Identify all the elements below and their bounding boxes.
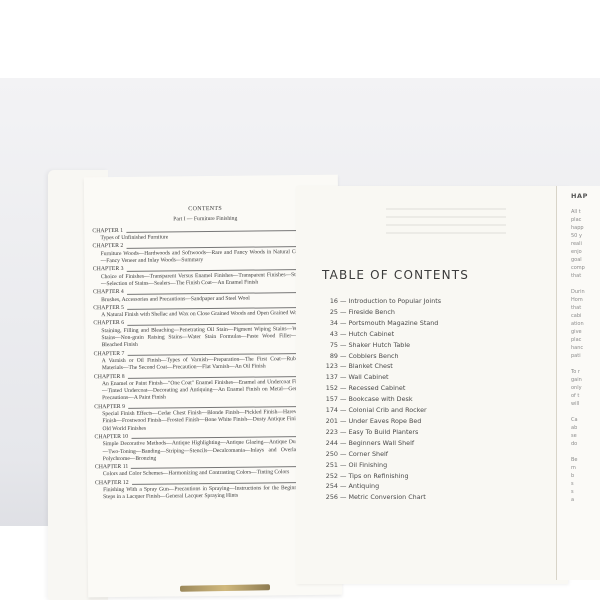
toc-title-text: — Under Eaves Rope Bed [338,417,421,425]
paragraph-gap [571,280,600,288]
right-page: TABLE OF CONTENTS 16 — Introduction to P… [296,186,568,584]
toc-page-number: 250 [316,449,338,460]
chapter-description: Furniture Woods—Hardwoods and Softwoods—… [93,249,319,266]
far-right-line: cabi [571,312,600,320]
far-right-line: 50 y [571,232,600,240]
toc-item: 250 — Corner Shelf [316,449,556,460]
toc-title-text: — Recessed Cabinet [338,384,405,392]
chapter-description: Choice of Finishes—Transparent Versus En… [93,272,319,289]
paragraph-gap [571,408,600,416]
toc-item: 137 — Wall Cabinet [316,372,556,383]
toc-item: 201 — Under Eaves Rope Bed [316,416,556,427]
far-right-line: of t [571,392,600,400]
toc-item: 25 — Fireside Bench [316,307,556,318]
toc-item: 157 — Bookcase with Desk [316,394,556,405]
toc-title-text: — Introduction to Popular Joints [338,297,441,305]
photo-background: CONTENTS Part I — Furniture Finishing Pa… [0,78,600,526]
toc-title-text: — Cobblers Bench [338,352,399,360]
toc-page-number: 157 [316,394,338,405]
far-right-line: do [571,440,600,448]
far-right-line: All t [571,208,600,216]
toc-page-number: 223 [316,427,338,438]
far-right-line: that [571,304,600,312]
chapter-description: Finishing With a Spray Gun—Precautions i… [95,485,321,502]
chapter-entry: CHAPTER 317Choice of Finishes—Transparen… [93,264,319,288]
far-right-line: that [571,272,600,280]
toc-title-text: — Wall Cabinet [338,373,389,381]
far-right-line: Hom [571,296,600,304]
part-heading: Part I — Furniture Finishing [92,215,318,225]
chapter-entry: CHAPTER 742A Varnish or Oil Finish—Types… [94,349,320,373]
chapter-description: Special Finish Effects—Cedar Chest Finis… [94,409,320,433]
far-right-line: ab [571,424,600,432]
toc-item: 244 — Beginners Wall Shelf [316,438,556,449]
chapter-entry: CHAPTER 426Brushes, Accessories and Prec… [93,287,319,304]
far-right-line: a [571,496,600,504]
far-right-line: Ca [571,416,600,424]
chapter-list: CHAPTER 14Types of Unfinished FurnitureC… [92,226,321,502]
chapter-label: CHAPTER 8 [94,373,125,381]
toc-item: 43 — Hutch Cabinet [316,329,556,340]
far-right-line: ation [571,320,600,328]
toc-item: 89 — Cobblers Bench [316,351,556,362]
chapter-entry: CHAPTER 1065Simple Decorative Methods—An… [94,432,320,464]
toc-title-text: — Antiquing [338,482,379,490]
toc-title-text: — Fireside Bench [338,308,395,316]
toc-item: 223 — Easy To Build Planters [316,427,556,438]
toc-page-number: 137 [316,372,338,383]
far-right-text: HAP All tplachapp50 yrealienjogoalcompth… [571,192,600,504]
chapter-label: CHAPTER 4 [93,289,124,297]
far-right-line: s [571,488,600,496]
toc-title-text: — Colonial Crib and Rocker [338,406,427,414]
paragraph-gap [571,448,600,456]
far-right-line: se [571,432,600,440]
toc-title-text: — Shaker Hutch Table [338,341,410,349]
toc-title-text: — Hutch Cabinet [338,330,394,338]
toc-title-text: — Oil Finishing [338,461,387,469]
toc-item: 16 — Introduction to Popular Joints [316,296,556,307]
far-right-line: Be [571,456,600,464]
toc-title-text: — Corner Shelf [338,450,388,458]
chapter-description: Simple Decorative Methods—Antique Highli… [95,439,321,463]
far-right-line: gain [571,376,600,384]
toc-item: 251 — Oil Finishing [316,460,556,471]
far-right-body: All tplachapp50 yrealienjogoalcompthatDu… [571,208,600,504]
chapter-entry: CHAPTER 957Special Finish Effects—Cedar … [94,402,320,434]
toc-item: 174 — Colonial Crib and Rocker [316,405,556,416]
toc-page-number: 75 [316,340,338,351]
toc-title-text: — Portsmouth Magazine Stand [338,319,438,327]
toc-item: 256 — Metric Conversion Chart [316,492,556,503]
toc-page-number: 201 [316,416,338,427]
contents-list: CONTENTS Part I — Furniture Finishing Pa… [92,205,321,502]
far-right-line: only [571,384,600,392]
contents-title: CONTENTS [92,205,318,215]
far-right-line: plac [571,336,600,344]
chapter-entry: CHAPTER 529A Natural Finish with Shellac… [93,303,319,320]
toc-item: 152 — Recessed Cabinet [316,383,556,394]
chapter-description: Staining, Filling and Bleaching—Penetrat… [93,326,319,350]
toc-page-number: 25 [316,307,338,318]
toc-item: 254 — Antiquing [316,481,556,492]
far-right-line: hanc [571,344,600,352]
chapter-entry: CHAPTER 14Types of Unfinished Furniture [92,226,318,243]
chapter-description: An Enamel or Paint Finish—"One Coat" Ena… [94,379,320,403]
toc-page-number: 89 [316,351,338,362]
chapter-label: CHAPTER 2 [93,243,124,251]
far-right-line: happ [571,224,600,232]
chapter-entry: CHAPTER 634Staining, Filling and Bleachi… [93,318,319,350]
far-right-line: reali [571,240,600,248]
toc-item: 252 — Tips on Refinishing [316,471,556,482]
toc-page-number: 34 [316,318,338,329]
toc-title-text: — Tips on Refinishing [338,472,409,480]
far-right-line: plac [571,216,600,224]
toc-page-number: 152 [316,383,338,394]
paragraph-gap [571,360,600,368]
chapter-entry: CHAPTER 851An Enamel or Paint Finish—"On… [94,371,320,403]
table-of-contents: TABLE OF CONTENTS 16 — Introduction to P… [316,268,556,503]
toc-list: 16 — Introduction to Popular Joints25 — … [316,296,556,503]
toc-page-number: 251 [316,460,338,471]
far-right-line: Durin [571,288,600,296]
chapter-entry: CHAPTER 1177Colors and Color Schemes—Har… [95,462,321,479]
far-right-heading: HAP [571,192,600,200]
toc-title: TABLE OF CONTENTS [322,268,556,282]
toc-title-text: — Easy To Build Planters [338,428,418,436]
toc-item: 34 — Portsmouth Magazine Stand [316,318,556,329]
toc-page-number: 252 [316,471,338,482]
toc-page-number: 244 [316,438,338,449]
toc-title-text: — Blanket Chest [338,362,393,370]
chapter-entry: CHAPTER 26Furniture Woods—Hardwoods and … [93,241,319,265]
far-right-line: will [571,400,600,408]
far-right-line: comp [571,264,600,272]
toc-page-number: 43 [316,329,338,340]
chapter-description: A Varnish or Oil Finish—Types of Varnish… [94,356,320,373]
far-right-line: enjo [571,248,600,256]
far-right-line: m [571,464,600,472]
show-through-text [386,208,506,238]
far-right-page: HAP All tplachapp50 yrealienjogoalcompth… [556,186,600,580]
chapter-entry: CHAPTER 1279Finishing With a Spray Gun—P… [95,478,321,502]
toc-page-number: 16 [316,296,338,307]
far-right-line: b [571,472,600,480]
far-right-line: give [571,328,600,336]
toc-title-text: — Metric Conversion Chart [338,493,426,501]
toc-page-number: 174 [316,405,338,416]
toc-item: 75 — Shaker Hutch Table [316,340,556,351]
toc-title-text: — Bookcase with Desk [338,395,413,403]
toc-item: 123 — Blanket Chest [316,361,556,372]
chapter-label: CHAPTER 3 [93,266,124,274]
far-right-line: pati [571,352,600,360]
toc-page-number: 254 [316,481,338,492]
far-right-line: goal [571,256,600,264]
toc-page-number: 256 [316,492,338,503]
far-right-line: s [571,480,600,488]
toc-page-number: 123 [316,361,338,372]
chapter-label: CHAPTER 6 [93,320,124,328]
far-right-line: To r [571,368,600,376]
toc-title-text: — Beginners Wall Shelf [338,439,414,447]
